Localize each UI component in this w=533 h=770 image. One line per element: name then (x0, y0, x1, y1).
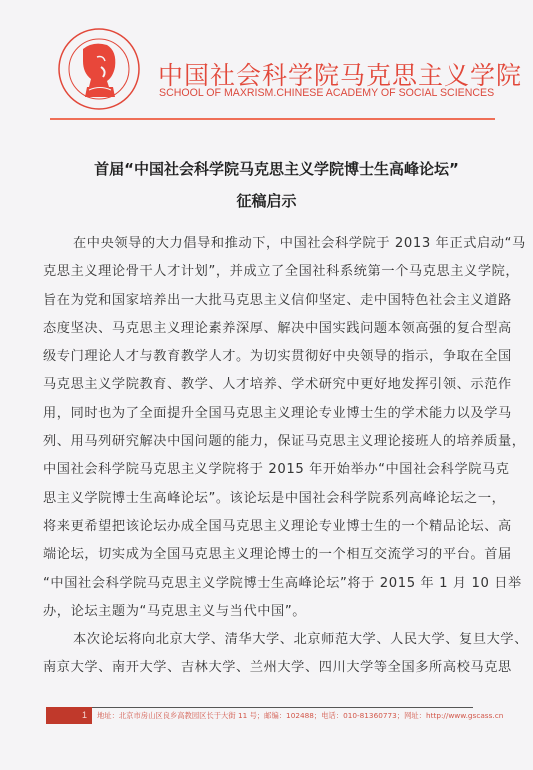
body-line: 南京大学、南开大学、吉林大学、兰州大学、四川大学等全国多所高校马克思 (43, 654, 493, 682)
body-line: 本次论坛将向北京大学、清华大学、北京师范大学、人民大学、复旦大学、 (43, 626, 493, 654)
body-line: 态度坚决、马克思主义理论素养深厚、解决中国实践问题本领高强的复合型高 (43, 315, 493, 343)
body-line: 克思主义理论骨干人才计划”，并成立了全国社科系统第一个马克思主义学院， (43, 258, 493, 286)
body-line: “中国社会科学院马克思主义学院博士生高峰论坛”将于 2015 年 1 月 10 … (43, 570, 493, 598)
body-line: 中国社会科学院马克思主义学院将于 2015 年开始举办“中国社会科学院马克 (43, 456, 493, 484)
document-body: 在中央领导的大力倡导和推动下，中国社会科学院于 2013 年正式启动“马 克思主… (43, 230, 493, 683)
body-line: 旨在为党和国家培养出一大批马克思主义信仰坚定、走中国特色社会主义道路 (43, 287, 493, 315)
school-seal-marx-portrait-icon (57, 27, 141, 111)
page-number: 1 (46, 707, 92, 724)
body-line: 用，同时也为了全面提升全国马克思主义理论专业博士生的学术能力以及学马 (43, 400, 493, 428)
school-seal-logo (57, 27, 141, 111)
footer-contact-info: 地址：北京市房山区良乡高教园区长于大街 11 号；邮编：102488；电话：01… (97, 709, 503, 723)
header-divider (50, 118, 495, 120)
footer-divider (46, 707, 473, 708)
body-line: 马克思主义学院教育、教学、人才培养、学术研究中更好地发挥引领、示范作 (43, 371, 493, 399)
body-line: 端论坛，切实成为全国马克思主义理论博士的一个相互交流学习的平台。首届 (43, 541, 493, 569)
institution-name-en: SCHOOL OF MAXRISM.CHINESE ACADEMY OF SOC… (159, 87, 494, 99)
body-line: 办，论坛主题为“马克思主义与当代中国”。 (43, 598, 493, 626)
document-title: 首届“中国社会科学院马克思主义学院博士生高峰论坛” (10, 158, 533, 179)
body-line: 将来更希望把该论坛办成全国马克思主义理论专业博士生的一个精品论坛、高 (43, 513, 493, 541)
body-line: 列、用马列研究解决中国问题的能力，保证马克思主义理论接班人的培养质量， (43, 428, 493, 456)
body-line: 级专门理论人才与教育教学人才。为切实贯彻好中央领导的指示，争取在全国 (43, 343, 493, 371)
body-line: 思主义学院博士生高峰论坛”。该论坛是中国社会科学院系列高峰论坛之一， (43, 485, 493, 513)
document-subtitle: 征稿启示 (0, 190, 533, 211)
body-line: 在中央领导的大力倡导和推动下，中国社会科学院于 2013 年正式启动“马 (43, 230, 493, 258)
